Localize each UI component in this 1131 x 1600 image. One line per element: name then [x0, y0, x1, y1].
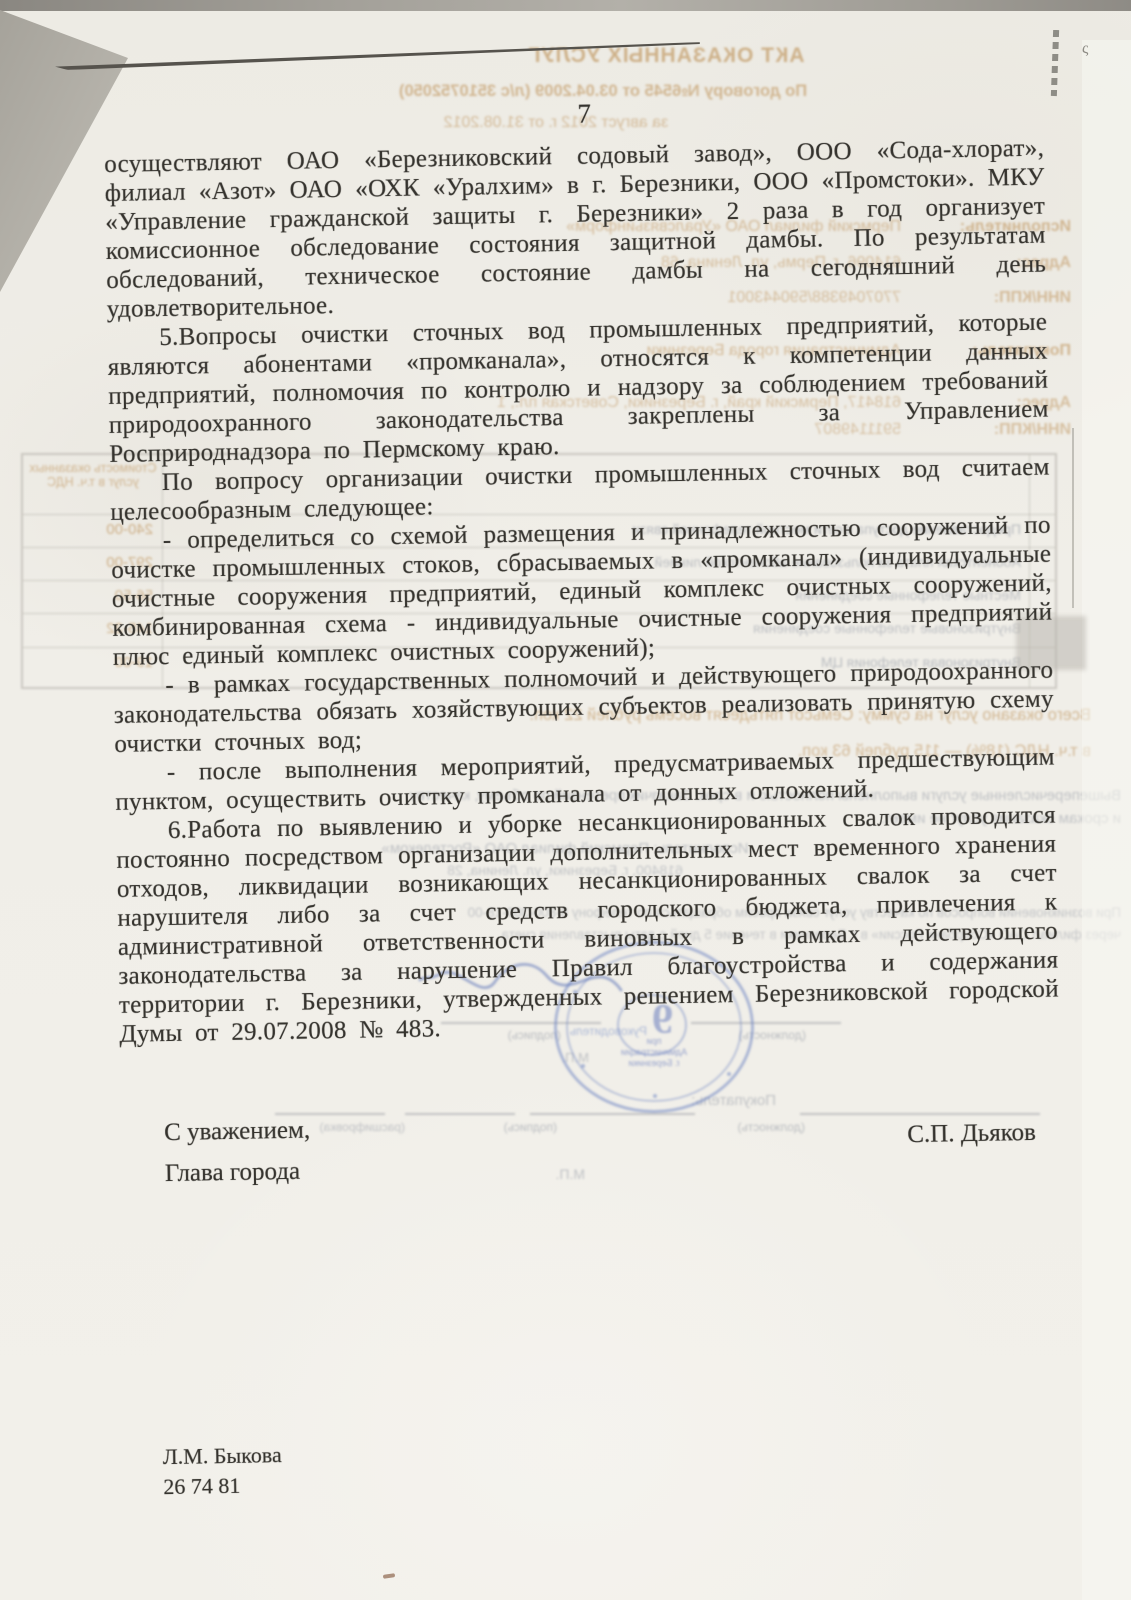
bleed-signature-line: [405, 1113, 515, 1115]
bleed-signature-line: [800, 1113, 1040, 1115]
bleed-seal-mark: М.П.: [555, 1166, 585, 1182]
page-number: 7: [577, 99, 591, 128]
letter-paragraph: осуществляют ОАО «Березниковский содовый…: [104, 134, 1047, 324]
scanner-edge-strip: [0, 0, 1131, 11]
contact-phone: 26 74 81: [163, 1470, 282, 1502]
bleed-signature-line: [530, 1113, 695, 1115]
bleed-signature-label: (должность): [738, 1120, 805, 1134]
bleed-signature-line: [275, 1113, 385, 1115]
bleed-signature-label: (расшифровка): [320, 1120, 405, 1134]
stamp-dot: [581, 1064, 585, 1068]
letter-paragraph: 6.Работа по выявлению и уборке несанкцио…: [116, 800, 1060, 1048]
letter-paragraph: - в рамках государственных полномочий и …: [113, 656, 1054, 759]
signature-name: С.П. Дьяков: [907, 1118, 1036, 1149]
contact-name: Л.М. Быкова: [163, 1440, 282, 1472]
letter-paragraph: 5.Вопросы очистки сточных вод промышленн…: [107, 308, 1049, 469]
stamp-text-line: г. Березники: [597, 1058, 711, 1068]
stamp-dot: [653, 1094, 657, 1098]
stamp-text-line: Администрации: [597, 1047, 711, 1057]
bleed-act-subtitle: По договору №6545 от 03.04.2009 (л/с 351…: [323, 82, 883, 101]
letter-paragraph: - определиться со схемой размещения и пр…: [111, 511, 1053, 672]
paper-light-column: [1082, 40, 1131, 1600]
closing-salutation: С уважением,: [164, 1116, 310, 1148]
backpage-edge-shadow: [1072, 428, 1074, 608]
scan-artifact-mark: ς: [1082, 40, 1088, 58]
letter-body: 7 осуществляют ОАО «Березниковский содов…: [104, 134, 1060, 1049]
sender-position: Глава города: [165, 1157, 301, 1188]
bleed-act-period: за август 2012 г. от 31.08.2012: [376, 114, 736, 132]
stamp-dot: [727, 1072, 731, 1076]
bleed-act-title: АКТ ОКАЗАННЫХ УСЛУГ: [456, 44, 876, 68]
bleed-signature-label: (подпись): [504, 1120, 557, 1134]
executor-contact-block: Л.М. Быкова 26 74 81: [163, 1440, 283, 1502]
scanned-letter-page: АКТ ОКАЗАННЫХ УСЛУГ По договору №6545 от…: [0, 0, 1131, 1600]
